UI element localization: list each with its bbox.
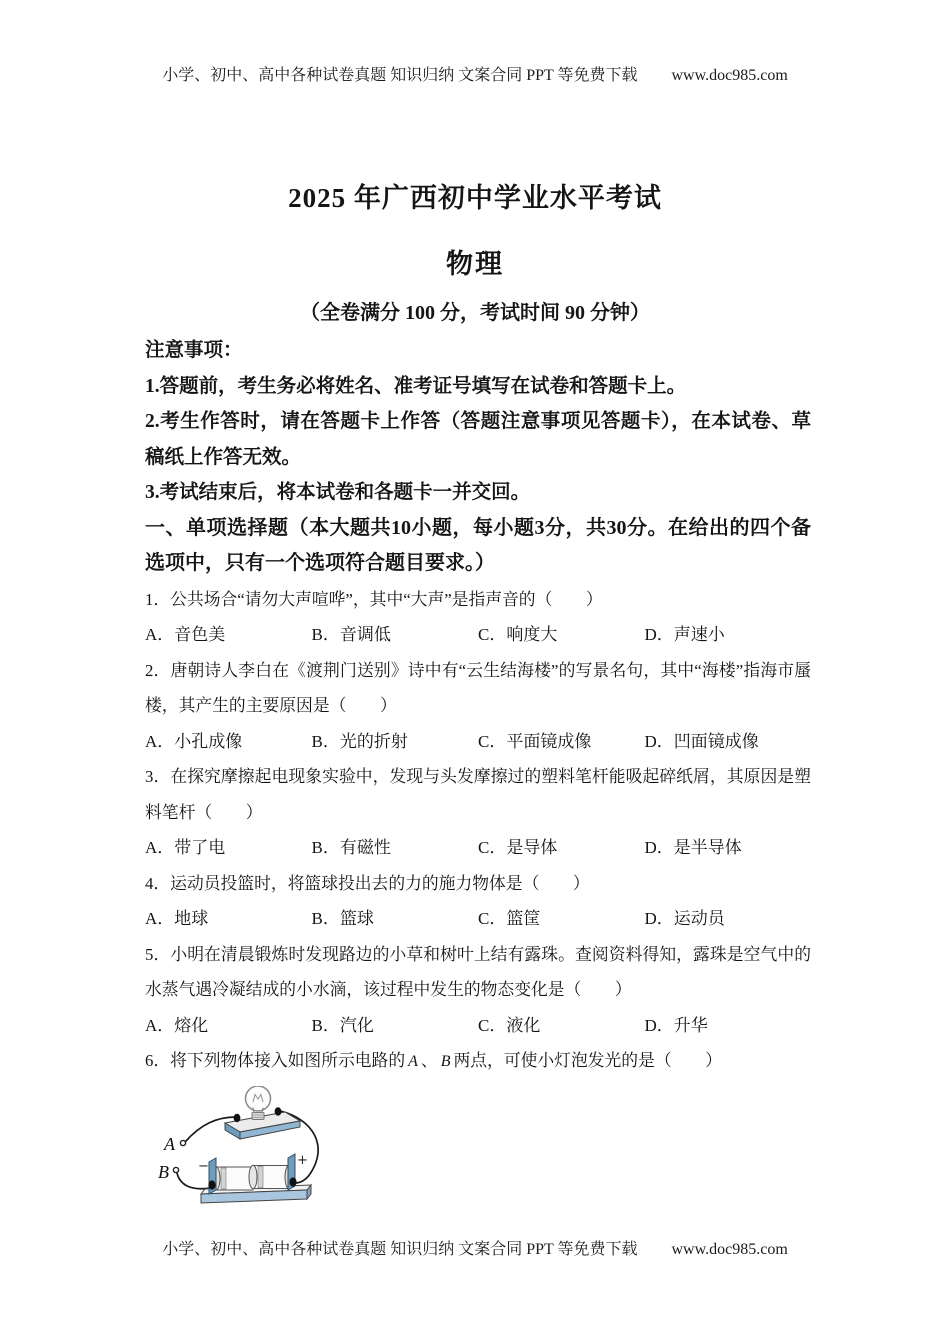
- light-bulb-icon: [246, 1086, 271, 1120]
- question-6-stem: 6．将下列物体接入如图所示电路的A、B两点，可使小灯泡发光的是（ ）: [145, 1043, 811, 1080]
- q6-point-b: B: [438, 1053, 454, 1070]
- q6-stem-sep: 、: [421, 1051, 438, 1070]
- exam-meta-line: （全卷满分 100 分，考试时间 90 分钟）: [0, 296, 950, 325]
- option-d: D．升华: [645, 1008, 812, 1044]
- option-d: D．运动员: [645, 901, 812, 937]
- terminal-a-label: A: [163, 1134, 176, 1154]
- page-header: 小学、初中、高中各种试卷真题 知识归纳 文案合同 PPT 等免费下载 www.d…: [0, 62, 950, 85]
- option-d: D．声速小: [645, 617, 812, 653]
- battery-contact-plus: [289, 1177, 296, 1186]
- question-3-stem: 3．在探究摩擦起电现象实验中，发现与头发摩擦过的塑料笔杆能吸起碎纸屑，其原因是塑…: [145, 759, 811, 830]
- circuit-figure: − +: [157, 1086, 811, 1220]
- terminal-b-point: [173, 1167, 178, 1172]
- notice-item-2: 2.考生作答时，请在答题卡上作答（答题注意事项见答题卡），在本试卷、草稿纸上作答…: [145, 404, 811, 475]
- option-c: C．篮筐: [478, 901, 645, 937]
- notice-item-1: 1.答题前，考生务必将姓名、准考证号填写在试卷和答题卡上。: [145, 369, 811, 405]
- terminal-a: A: [163, 1134, 186, 1154]
- notice-item-3: 3.考试结束后，将本试卷和各题卡一并交回。: [145, 475, 811, 511]
- option-c: C．平面镜成像: [478, 724, 645, 760]
- option-b: B．有磁性: [312, 830, 479, 866]
- header-promo-text: 小学、初中、高中各种试卷真题 知识归纳 文案合同 PPT 等免费下载: [162, 62, 637, 85]
- question-3-options: A．带了电 B．有磁性 C．是导体 D．是半导体: [145, 830, 811, 866]
- binding-post-left: [234, 1113, 241, 1121]
- notice-heading: 注意事项：: [145, 333, 811, 369]
- battery-contact-minus: [208, 1180, 215, 1189]
- minus-sign: −: [198, 1159, 209, 1174]
- terminal-b: B: [158, 1162, 179, 1182]
- option-d: D．凹面镜成像: [645, 724, 812, 760]
- option-c: C．是导体: [478, 830, 645, 866]
- terminal-b-label: B: [158, 1162, 169, 1182]
- option-b: B．光的折射: [312, 724, 479, 760]
- page-footer: 小学、初中、高中各种试卷真题 知识归纳 文案合同 PPT 等免费下载 www.d…: [0, 1236, 950, 1259]
- battery-holder: − +: [198, 1153, 311, 1203]
- option-d: D．是半导体: [645, 830, 812, 866]
- section-heading: 一、单项选择题（本大题共10小题，每小题3分，共30分。在给出的四个备选项中，只…: [145, 511, 811, 582]
- question-2-stem: 2．唐朝诗人李白在《渡荆门送别》诗中有“云生结海楼”的写景名句，其中“海楼”指海…: [145, 653, 811, 724]
- circuit-diagram-icon: − +: [157, 1086, 339, 1218]
- option-a: A．小孔成像: [145, 724, 312, 760]
- question-1-options: A．音色美 B．音调低 C．响度大 D．声速小: [145, 617, 811, 653]
- exam-body: 注意事项： 1.答题前，考生务必将姓名、准考证号填写在试卷和答题卡上。 2.考生…: [145, 333, 811, 1220]
- question-2-options: A．小孔成像 B．光的折射 C．平面镜成像 D．凹面镜成像: [145, 724, 811, 760]
- question-4-options: A．地球 B．篮球 C．篮筐 D．运动员: [145, 901, 811, 937]
- option-a: A．带了电: [145, 830, 312, 866]
- option-b: B．篮球: [312, 901, 479, 937]
- exam-paper-page: 小学、初中、高中各种试卷真题 知识归纳 文案合同 PPT 等免费下载 www.d…: [0, 0, 950, 1344]
- question-5-options: A．熔化 B．汽化 C．液化 D．升华: [145, 1008, 811, 1044]
- q6-stem-post: 两点，可使小灯泡发光的是（ ）: [453, 1051, 722, 1070]
- option-c: C．液化: [478, 1008, 645, 1044]
- option-a: A．音色美: [145, 617, 312, 653]
- option-c: C．响度大: [478, 617, 645, 653]
- exam-subject: 物理: [0, 242, 950, 281]
- q6-stem-pre: 6．将下列物体接入如图所示电路的: [145, 1051, 405, 1070]
- terminal-a-point: [180, 1140, 185, 1145]
- battery-cells: [212, 1165, 293, 1190]
- q6-point-a: A: [405, 1053, 421, 1070]
- plus-sign: +: [297, 1153, 308, 1168]
- option-b: B．音调低: [312, 617, 479, 653]
- exam-title: 2025 年广西初中学业水平考试: [0, 176, 950, 215]
- header-site-url: www.doc985.com: [672, 67, 788, 85]
- question-1-stem: 1．公共场合“请勿大声喧哗”，其中“大声”是指声音的（ ）: [145, 582, 811, 618]
- footer-promo-text: 小学、初中、高中各种试卷真题 知识归纳 文案合同 PPT 等免费下载: [162, 1236, 637, 1259]
- question-5-stem: 5．小明在清晨锻炼时发现路边的小草和树叶上结有露珠。查阅资料得知，露珠是空气中的…: [145, 937, 811, 1008]
- question-4-stem: 4．运动员投篮时，将篮球投出去的力的施力物体是（ ）: [145, 866, 811, 902]
- option-a: A．熔化: [145, 1008, 312, 1044]
- option-a: A．地球: [145, 901, 312, 937]
- option-b: B．汽化: [312, 1008, 479, 1044]
- footer-site-url: www.doc985.com: [672, 1241, 788, 1259]
- binding-post-right: [275, 1107, 282, 1115]
